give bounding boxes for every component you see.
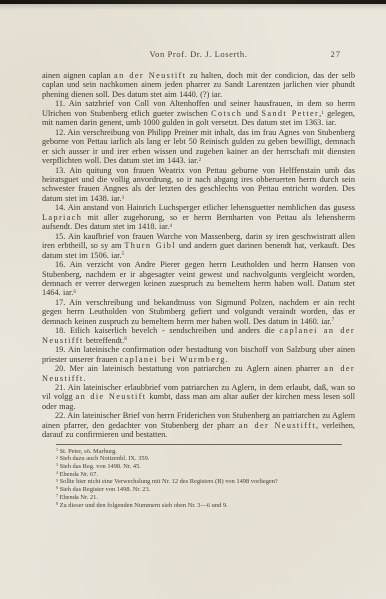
text-run: ainen aignen caplan: [42, 71, 114, 80]
paragraph: 20. Mer ain lateinisch bestattung von pa…: [42, 364, 355, 383]
paragraph: 17. Ain verschreibung und bekandtnuss vo…: [42, 298, 355, 326]
text-run: Cotsch: [211, 109, 242, 118]
paragraph: 14. Ain anstand von Hainrich Luchsperger…: [42, 203, 355, 231]
footnote-marker: 1: [56, 447, 58, 452]
footnote-marker: 7: [332, 317, 335, 323]
text-run: 20. Mer ain lateinisch bestattung von pa…: [55, 364, 324, 373]
footnote-separator: [56, 444, 342, 445]
footnote-marker: 1: [321, 110, 324, 116]
page-content: Von Prof. Dr. J. Loserth. 27 ainen aigne…: [0, 0, 386, 509]
footnote-marker: 3: [56, 462, 58, 467]
footnote-marker: 6: [56, 485, 58, 490]
text-run: 14. Ain anstand von Hainrich Luchsperger…: [55, 203, 355, 212]
paragraph: 13. Ain quitung von frauen Weatrix von P…: [42, 166, 355, 204]
text-run: an der Neustift: [114, 71, 186, 80]
text-run: betreffendt.: [84, 336, 125, 345]
page-number: 27: [331, 49, 342, 59]
paragraph: 19. Ain lateinische confirmation oder be…: [42, 345, 355, 364]
footnote-marker: 2: [56, 455, 58, 460]
text-run: mit aller zugehorung, so er herrn Bernha…: [42, 213, 355, 231]
text-run: caplanei bei Wurmberg: [120, 355, 226, 364]
paragraph: 21. Ain lateinischer erlaubbrief vom pat…: [42, 383, 355, 411]
text-run: Lapriach: [42, 213, 82, 222]
text-run: Sandt Petter: [261, 109, 319, 118]
paragraph: 16. Ain verzicht von Andre Pierer gegen …: [42, 260, 355, 298]
footnote: 7 Ebenda Nr. 21.: [42, 494, 355, 502]
text-run: .: [226, 355, 228, 364]
text-run: Thurn Gibl: [124, 241, 176, 250]
running-head-title: Von Prof. Dr. J. Loserth.: [42, 49, 355, 59]
text-run: 18. Etlich kaiserlich bevelch - sendschr…: [55, 326, 279, 335]
paragraph: 22. Ain lateinischer Brief von herrn Fri…: [42, 411, 355, 439]
footnote: 6 Sieh das Register von 1498. Nr. 23.: [42, 486, 355, 494]
text-run: und: [242, 109, 261, 118]
footnote-marker: 4: [56, 470, 58, 475]
text-run: 17. Ain verschreibung und bekandtnuss vo…: [42, 298, 355, 326]
paragraph: 12. Ain verschreibung von Philipp Preine…: [42, 128, 355, 166]
text-run: .: [84, 374, 86, 383]
footnote-marker: 5: [56, 478, 58, 483]
footnote: 2 Sieh dazu auch Notizenbl. IX. 359.: [42, 455, 355, 463]
footnote-marker: 7: [56, 493, 58, 498]
body-text: ainen aignen caplan an der Neustift zu h…: [42, 71, 355, 440]
footnote: 5 Sollte hier nicht eine Verwechslung mi…: [42, 478, 355, 486]
paragraph: 15. Ain kaufbrief von frauen Warche von …: [42, 232, 355, 260]
text-run: 13. Ain quitung von frauen Weatrix von P…: [42, 166, 355, 203]
footnote-marker: 6: [73, 289, 76, 295]
running-head: Von Prof. Dr. J. Loserth. 27: [42, 49, 355, 62]
footnote-marker: 2: [198, 157, 201, 163]
text-run: 16. Ain verzicht von Andre Pierer gegen …: [42, 260, 355, 297]
text-run: an der Neustifft: [239, 421, 316, 430]
paragraph: ainen aignen caplan an der Neustift zu h…: [42, 71, 355, 99]
scanned-book-page: Von Prof. Dr. J. Loserth. 27 ainen aigne…: [0, 0, 386, 599]
footnote-marker: 5: [122, 251, 125, 257]
footnotes: 1 St. Peter, sö. Marburg.2 Sieh dazu auc…: [42, 448, 355, 510]
footnote-marker: 3: [122, 195, 125, 201]
footnote: 3 Sieh das Reg. von 1498. Nr. 45.: [42, 463, 355, 471]
footnote: 1 St. Peter, sö. Marburg.: [42, 448, 355, 456]
footnote: 8 Zu dieser und den folgenden Nummern si…: [42, 502, 355, 510]
footnote-marker: 8: [56, 501, 58, 506]
paragraph: 11. Ain satzbrief von Coll von Altenhoff…: [42, 99, 355, 127]
text-run: an die Neustift: [76, 392, 147, 401]
footnote: 4 Ebenda Nr. 67.: [42, 471, 355, 479]
paragraph: 18. Etlich kaiserlich bevelch - sendschr…: [42, 326, 355, 345]
footnote-marker: 4: [169, 223, 172, 229]
footnote-marker: 8: [124, 336, 127, 342]
